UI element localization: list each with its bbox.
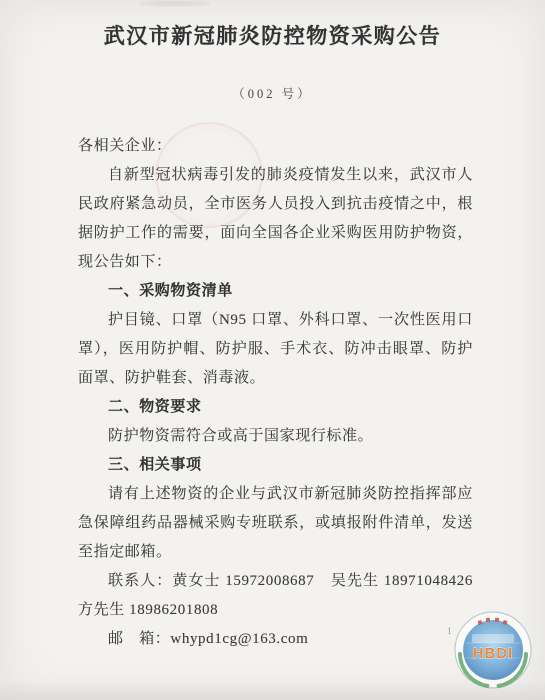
section-1-heading: 一、采购物资清单 <box>78 277 473 306</box>
document-number: （002 号） <box>0 84 545 102</box>
intro-paragraph: 自新型冠状病毒引发的肺炎疫情发生以来，武汉市人民政府紧急动员，全市医务人员投入到… <box>78 161 473 277</box>
document-title: 武汉市新冠肺炎防控物资采购公告 <box>0 0 545 50</box>
email-address: whypd1cg@163.com <box>170 631 308 647</box>
document-body: 各相关企业： 自新型冠状病毒引发的肺炎疫情发生以来，武汉市人民政府紧急动员，全市… <box>78 132 473 654</box>
salutation-line: 各相关企业： <box>78 132 473 161</box>
section-2-heading: 二、物资要求 <box>78 393 473 422</box>
email-line: 邮 箱：whypd1cg@163.com <box>78 625 473 654</box>
document-page: 武汉市新冠肺炎防控物资采购公告 （002 号） 各相关企业： 自新型冠状病毒引发… <box>0 0 545 700</box>
hbdi-logo-watermark: HBDI <box>452 610 534 690</box>
section-1-text: 护目镜、口罩（N95 口罩、外科口罩、一次性医用口罩），医用防护帽、防护服、手术… <box>78 306 473 393</box>
contacts-line: 联系人：黄女士 15972008687 吴先生 18971048426 方先生 … <box>78 567 473 625</box>
section-3-text: 请有上述物资的企业与武汉市新冠肺炎防控指挥部应急保障组药品器械采购专班联系，或填… <box>78 480 473 567</box>
section-2-text: 防护物资需符合或高于国家现行标准。 <box>78 422 473 451</box>
section-3-heading: 三、相关事项 <box>78 451 473 480</box>
logo-text: HBDI <box>473 645 514 662</box>
page-number-mark: 1 <box>447 626 452 636</box>
email-label: 邮 箱： <box>108 631 170 647</box>
